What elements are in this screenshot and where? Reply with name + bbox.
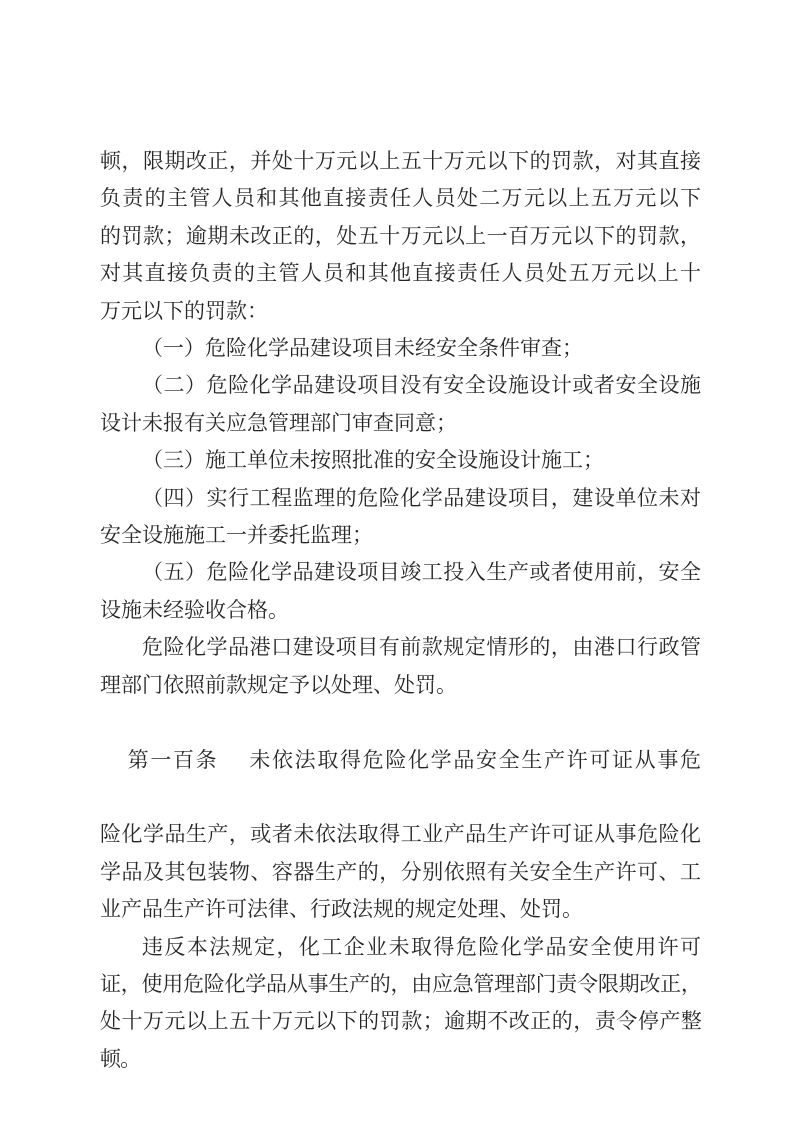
text-line: 对其直接负责的主管人员和其他直接责任人员处五万元以上十 xyxy=(100,255,701,292)
text-line: 业产品生产许可法律、行政法规的规定处理、处罚。 xyxy=(100,891,701,928)
document-page: 顿，限期改正，并处十万元以上五十万元以下的罚款，对其直接 负责的主管人员和其他直… xyxy=(100,143,701,1078)
text-line: 设施未经验收合格。 xyxy=(100,592,701,629)
list-item-line: （二）危险化学品建设项目没有安全设施设计或者安全设施 xyxy=(100,367,701,404)
article-number: 第一百条 xyxy=(128,748,219,772)
list-item-line: （一）危险化学品建设项目未经安全条件审查； xyxy=(100,330,701,367)
text-line: 理部门依照前款规定予以处理、处罚。 xyxy=(100,667,701,704)
list-item-line: （四）实行工程监理的危险化学品建设项目，建设单位未对 xyxy=(100,480,701,517)
text-line: 险化学品生产，或者未依法取得工业产品生产许可证从事危险化 xyxy=(100,816,701,853)
text-line: 顿，限期改正，并处十万元以上五十万元以下的罚款，对其直接 xyxy=(100,143,701,180)
text-line: 处十万元以上五十万元以下的罚款；逾期不改正的，责令停产整顿。 xyxy=(100,1003,701,1078)
article-text: 未依法取得危险化学品安全生产许可证从事危 xyxy=(249,748,701,772)
text-line: 设计未报有关应急管理部门审查同意； xyxy=(100,405,701,442)
list-item-line: （五）危险化学品建设项目竣工投入生产或者使用前，安全 xyxy=(100,554,701,591)
text-line: 学品及其包装物、容器生产的，分别依照有关安全生产许可、工 xyxy=(100,854,701,891)
list-item-line: （三）施工单位未按照批准的安全设施设计施工； xyxy=(100,442,701,479)
text-line: 万元以下的罚款： xyxy=(100,293,701,330)
text-line: 的罚款；逾期未改正的，处五十万元以上一百万元以下的罚款， xyxy=(100,218,701,255)
text-line: 违反本法规定，化工企业未取得危险化学品安全使用许可 xyxy=(100,929,701,966)
text-line: 负责的主管人员和其他直接责任人员处二万元以上五万元以下 xyxy=(100,180,701,217)
text-line: 安全设施施工一并委托监理； xyxy=(100,517,701,554)
text-line: 危险化学品港口建设项目有前款规定情形的，由港口行政管 xyxy=(100,629,701,666)
text-line: 证，使用危险化学品从事生产的，由应急管理部门责令限期改正， xyxy=(100,966,701,1003)
article-heading-line: 第一百条未依法取得危险化学品安全生产许可证从事危 xyxy=(100,704,701,816)
